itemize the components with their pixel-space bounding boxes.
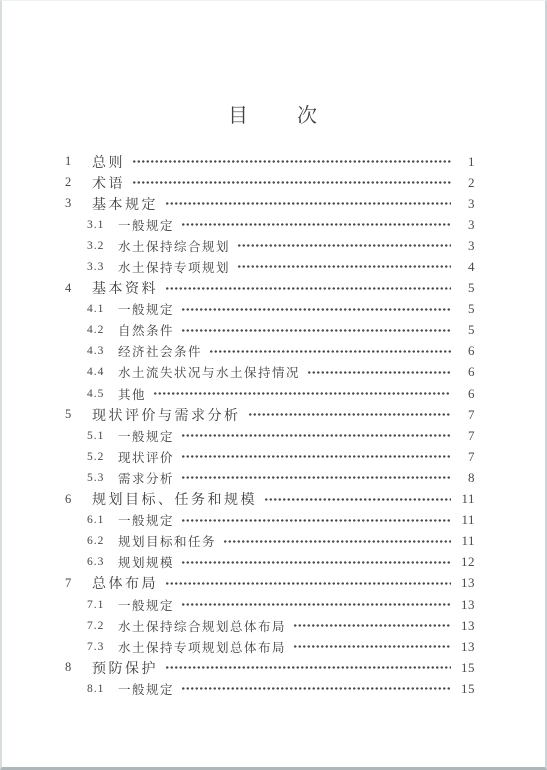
toc-entry[interactable]: 5 现状评价与需求分析 7 bbox=[2, 404, 545, 425]
toc-entry-number: 6.3 bbox=[87, 556, 118, 568]
toc-entry[interactable]: 6.3 规划规模 12 bbox=[2, 552, 545, 573]
toc-entry-page: 5 bbox=[457, 322, 475, 338]
dot-leader-icon bbox=[181, 510, 451, 531]
toc-entry-number: 3.1 bbox=[87, 219, 118, 231]
toc-list: 1 总则 1 2 术语 2 3 基本规定 3 3.1 一般规定 3 3.2 水土… bbox=[2, 151, 545, 699]
toc-entry[interactable]: 8.1 一般规定 15 bbox=[2, 678, 545, 699]
toc-entry[interactable]: 4.2 自然条件 5 bbox=[2, 320, 545, 341]
toc-entry-number: 4.1 bbox=[87, 303, 118, 315]
toc-entry[interactable]: 7.2 水土保持综合规划总体布局 13 bbox=[2, 615, 545, 636]
toc-entry[interactable]: 3.1 一般规定 3 bbox=[2, 214, 545, 235]
toc-entry-title: 规划目标、任务和规模 bbox=[92, 489, 257, 509]
toc-entry-number: 1 bbox=[65, 154, 92, 169]
dot-leader-icon bbox=[165, 278, 451, 299]
toc-entry[interactable]: 6 规划目标、任务和规模 11 bbox=[2, 489, 545, 510]
dot-leader-icon bbox=[181, 446, 451, 467]
toc-entry-page: 11 bbox=[457, 533, 475, 549]
toc-entry-title: 基本资料 bbox=[92, 278, 158, 298]
toc-entry-number: 4.2 bbox=[87, 324, 118, 336]
toc-entry-title: 其他 bbox=[118, 385, 146, 403]
toc-entry[interactable]: 4.3 经济社会条件 6 bbox=[2, 341, 545, 362]
toc-entry-page: 11 bbox=[457, 512, 475, 528]
dot-leader-icon bbox=[165, 657, 451, 678]
toc-entry[interactable]: 5.2 现状评价 7 bbox=[2, 446, 545, 467]
toc-entry-page: 13 bbox=[457, 639, 475, 655]
toc-entry-number: 3.3 bbox=[87, 261, 118, 273]
toc-entry-title: 规划目标和任务 bbox=[118, 532, 216, 550]
dot-leader-icon bbox=[181, 425, 451, 446]
toc-entry-number: 6 bbox=[65, 492, 92, 507]
toc-entry-page: 13 bbox=[457, 618, 475, 634]
dot-leader-icon bbox=[181, 299, 451, 320]
toc-entry-number: 8.1 bbox=[87, 683, 118, 695]
dot-leader-icon bbox=[181, 552, 451, 573]
toc-entry-title: 总体布局 bbox=[92, 573, 158, 593]
toc-entry-number: 4.3 bbox=[87, 345, 118, 357]
toc-entry-title: 术语 bbox=[92, 173, 125, 193]
toc-entry-page: 13 bbox=[457, 597, 475, 613]
toc-entry-page: 8 bbox=[457, 470, 475, 486]
toc-entry-title: 需求分析 bbox=[118, 469, 174, 487]
toc-entry-title: 现状评价与需求分析 bbox=[92, 405, 241, 425]
toc-entry[interactable]: 1 总则 1 bbox=[2, 151, 545, 172]
toc-entry[interactable]: 2 术语 2 bbox=[2, 172, 545, 193]
toc-entry[interactable]: 4.5 其他 6 bbox=[2, 383, 545, 404]
dot-leader-icon bbox=[248, 404, 452, 425]
toc-entry[interactable]: 6.1 一般规定 11 bbox=[2, 510, 545, 531]
dot-leader-icon bbox=[237, 235, 451, 256]
toc-entry-page: 3 bbox=[457, 217, 475, 233]
dot-leader-icon bbox=[293, 615, 451, 636]
toc-entry-title: 一般规定 bbox=[118, 216, 174, 234]
toc-entry[interactable]: 7.3 水土保持专项规划总体布局 13 bbox=[2, 636, 545, 657]
toc-entry-title: 水土保持综合规划总体布局 bbox=[118, 617, 286, 635]
dot-leader-icon bbox=[153, 383, 451, 404]
toc-entry-number: 7.1 bbox=[87, 599, 118, 611]
dot-leader-icon bbox=[293, 636, 451, 657]
toc-entry[interactable]: 4.1 一般规定 5 bbox=[2, 299, 545, 320]
toc-entry-title: 一般规定 bbox=[118, 596, 174, 614]
toc-entry-title: 基本规定 bbox=[92, 194, 158, 214]
dot-leader-icon bbox=[209, 341, 451, 362]
toc-entry[interactable]: 6.2 规划目标和任务 11 bbox=[2, 531, 545, 552]
toc-entry-page: 7 bbox=[457, 428, 475, 444]
toc-entry-title: 经济社会条件 bbox=[118, 342, 202, 360]
toc-entry-title: 一般规定 bbox=[118, 680, 174, 698]
dot-leader-icon bbox=[307, 362, 451, 383]
toc-entry-page: 4 bbox=[457, 259, 475, 275]
dot-leader-icon bbox=[181, 594, 451, 615]
toc-entry-page: 7 bbox=[457, 407, 475, 423]
toc-entry-page: 6 bbox=[457, 364, 475, 380]
toc-entry-number: 6.2 bbox=[87, 535, 118, 547]
toc-entry-page: 3 bbox=[457, 196, 475, 212]
toc-entry-page: 15 bbox=[457, 681, 475, 697]
dot-leader-icon bbox=[132, 151, 451, 172]
toc-entry-number: 2 bbox=[65, 175, 92, 190]
toc-entry-title: 水土保持专项规划 bbox=[118, 258, 230, 276]
toc-entry[interactable]: 3.3 水土保持专项规划 4 bbox=[2, 256, 545, 277]
toc-entry-number: 5.1 bbox=[87, 430, 118, 442]
toc-entry-number: 6.1 bbox=[87, 514, 118, 526]
dot-leader-icon bbox=[181, 678, 451, 699]
toc-entry-title: 水土保持专项规划总体布局 bbox=[118, 638, 286, 656]
toc-entry-page: 5 bbox=[457, 280, 475, 296]
dot-leader-icon bbox=[181, 214, 451, 235]
toc-entry-number: 4.4 bbox=[87, 366, 118, 378]
toc-entry[interactable]: 7.1 一般规定 13 bbox=[2, 594, 545, 615]
toc-entry-page: 3 bbox=[457, 238, 475, 254]
toc-entry-number: 7.3 bbox=[87, 641, 118, 653]
toc-entry[interactable]: 8 预防保护 15 bbox=[2, 657, 545, 678]
toc-entry[interactable]: 7 总体布局 13 bbox=[2, 573, 545, 594]
toc-entry-number: 7 bbox=[65, 576, 92, 591]
toc-entry[interactable]: 5.3 需求分析 8 bbox=[2, 467, 545, 488]
toc-entry-number: 3 bbox=[65, 196, 92, 211]
dot-leader-icon bbox=[223, 531, 451, 552]
toc-entry-page: 1 bbox=[457, 154, 475, 170]
toc-entry[interactable]: 4 基本资料 5 bbox=[2, 278, 545, 299]
toc-entry-number: 3.2 bbox=[87, 240, 118, 252]
toc-entry-number: 5 bbox=[65, 407, 92, 422]
toc-entry-title: 规划规模 bbox=[118, 553, 174, 571]
toc-entry-page: 6 bbox=[457, 343, 475, 359]
dot-leader-icon bbox=[264, 489, 451, 510]
toc-entry-page: 15 bbox=[457, 660, 475, 676]
toc-entry-title: 现状评价 bbox=[118, 448, 174, 466]
toc-entry[interactable]: 3 基本规定 3 bbox=[2, 193, 545, 214]
toc-entry-page: 6 bbox=[457, 386, 475, 402]
toc-entry-title: 水土流失状况与水土保持情况 bbox=[118, 363, 300, 381]
toc-entry-page: 12 bbox=[457, 554, 475, 570]
document-page: 目 次 1 总则 1 2 术语 2 3 基本规定 3 3.1 一般规定 3 3.… bbox=[0, 0, 547, 770]
toc-entry-number: 7.2 bbox=[87, 620, 118, 632]
toc-entry-number: 5.3 bbox=[87, 472, 118, 484]
toc-entry-page: 7 bbox=[457, 449, 475, 465]
page-title: 目 次 bbox=[2, 99, 545, 123]
toc-entry[interactable]: 5.1 一般规定 7 bbox=[2, 425, 545, 446]
toc-entry-number: 4.5 bbox=[87, 388, 118, 400]
toc-entry-number: 5.2 bbox=[87, 451, 118, 463]
dot-leader-icon bbox=[181, 467, 451, 488]
toc-entry-page: 13 bbox=[457, 575, 475, 591]
toc-entry-title: 自然条件 bbox=[118, 321, 174, 339]
toc-entry[interactable]: 4.4 水土流失状况与水土保持情况 6 bbox=[2, 362, 545, 383]
toc-entry-title: 一般规定 bbox=[118, 511, 174, 529]
toc-entry-title: 总则 bbox=[92, 152, 125, 172]
dot-leader-icon bbox=[165, 193, 451, 214]
toc-entry-page: 5 bbox=[457, 301, 475, 317]
toc-entry-number: 4 bbox=[65, 281, 92, 296]
toc-entry-title: 水土保持综合规划 bbox=[118, 237, 230, 255]
toc-entry-number: 8 bbox=[65, 660, 92, 675]
dot-leader-icon bbox=[237, 256, 451, 277]
toc-entry-title: 一般规定 bbox=[118, 300, 174, 318]
dot-leader-icon bbox=[132, 172, 451, 193]
toc-entry[interactable]: 3.2 水土保持综合规划 3 bbox=[2, 235, 545, 256]
toc-entry-page: 11 bbox=[457, 491, 475, 507]
toc-entry-title: 预防保护 bbox=[92, 658, 158, 678]
toc-entry-page: 2 bbox=[457, 175, 475, 191]
dot-leader-icon bbox=[181, 320, 451, 341]
dot-leader-icon bbox=[165, 573, 451, 594]
toc-entry-title: 一般规定 bbox=[118, 427, 174, 445]
